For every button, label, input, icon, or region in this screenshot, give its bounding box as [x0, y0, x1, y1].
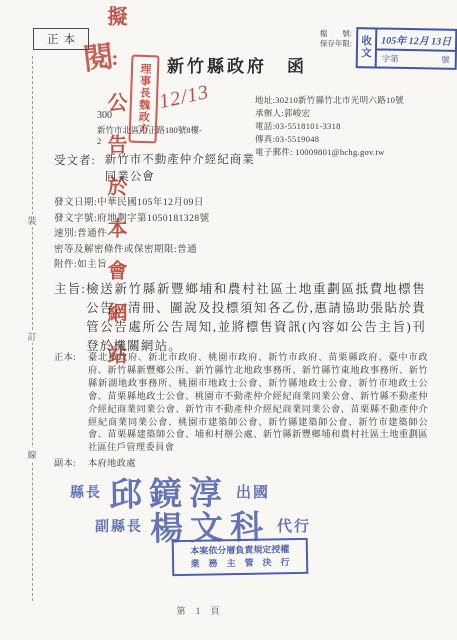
- document-title: 新竹縣政府 函: [167, 52, 307, 77]
- page-number: 第 1 頁: [110, 604, 290, 617]
- deputy-note: 代行: [277, 515, 311, 536]
- authorization-stamp: 本案依分層負責規定授權 業務主管決行: [172, 538, 309, 576]
- authorization-line2: 業務主管決行: [179, 556, 301, 571]
- document-meta-block: 發文日期:中華民國105年12月09日 發文字號:府地劃字第1050181328…: [54, 196, 210, 274]
- receipt-number-line: 字第 號: [377, 51, 455, 68]
- receipt-number-prefix: 字第: [382, 53, 399, 65]
- magistrate-note: 出國: [236, 481, 270, 502]
- meta-issue-date: 發文日期:中華民國105年12月09日: [54, 196, 210, 212]
- sender-officer: 承辦人:郭峻宏: [255, 107, 404, 120]
- recipient-name: 新竹市不動產仲介經紀商業 同業公會: [105, 152, 255, 186]
- sender-address: 地址:30210新竹縣竹北市光明六路10號: [255, 94, 404, 107]
- handwritten-date: 12/13: [157, 81, 211, 114]
- receipt-stamp-side-label: 收文: [358, 29, 378, 66]
- subject-label: 主旨:: [54, 280, 86, 356]
- file-no-label: 檔 號:: [296, 29, 352, 39]
- sender-phone: 電話:03-5518101-3318: [255, 120, 404, 133]
- magistrate-title: 縣長: [70, 482, 102, 502]
- deputy-title: 副縣長: [95, 516, 143, 536]
- recipient-postal-code: 300: [97, 110, 112, 121]
- file-labels: 檔 號: 保存年限:: [296, 29, 352, 49]
- binding-mark-xian: 線: [23, 448, 41, 461]
- sender-info-block: 地址:30210新竹縣竹北市光明六路10號 承辦人:郭峻宏 電話:03-5518…: [255, 94, 404, 159]
- meta-security: 密等及解密條件或保密期限:普通: [54, 243, 210, 259]
- recipient-row: 受文者: 新竹市不動產仲介經紀商業 同業公會: [54, 152, 255, 186]
- subject-text: 檢送新竹縣新豐鄉埔和農村社區土地重劃區抵費地標售公告、清冊、圖說及投標須知各乙份…: [86, 280, 426, 356]
- original-recipients-label: 正本:: [54, 351, 88, 454]
- receipt-stamp: 收文 105年 12月 13日 字第 號: [356, 27, 457, 70]
- sender-fax: 傳真:03-5519048: [255, 133, 404, 146]
- sender-email: 電子郵件: 10009801@hchg.gov.tw: [255, 146, 404, 159]
- recipient-name-line2: 同業公會: [105, 169, 255, 186]
- binding-mark-zhuang: 裝: [23, 214, 41, 227]
- subject-row: 主旨: 檢送新竹縣新豐鄉埔和農村社區土地重劃區抵費地標售公告、清冊、圖說及投標須…: [54, 280, 426, 356]
- receipt-date: 105年 12月 13日: [377, 29, 455, 51]
- original-recipients-list: 臺北市政府、新北市政府、桃園市政府、新竹市政府、苗栗縣政府、臺中市政府、新竹縣新…: [88, 351, 428, 454]
- recipient-label: 受文者:: [54, 152, 96, 186]
- original-recipients-row: 正本: 臺北市政府、新北市政府、桃園市政府、新竹市政府、苗栗縣政府、臺中市政府、…: [54, 351, 428, 454]
- receipt-number-suffix: 號: [441, 54, 450, 66]
- binding-mark-ding: 訂: [23, 330, 41, 343]
- meta-doc-number: 發文字號:府地劃字第1050181328號: [54, 212, 210, 228]
- meta-speed: 速別:普通件: [54, 227, 210, 243]
- official-letter-page: 裝 訂 線 正本 擬:公告於本會網站 閱 理事長魏政方 12/13 新竹縣政府 …: [0, 0, 457, 640]
- retention-label: 保存年限:: [296, 39, 352, 49]
- receipt-stamp-body: 105年 12月 13日 字第 號: [377, 29, 456, 67]
- binding-dashed-line: [32, 56, 33, 601]
- recipient-name-line1: 新竹市不動產仲介經紀商業: [105, 152, 255, 169]
- distribution-block: 正本: 臺北市政府、新北市政府、桃園市政府、新竹市政府、苗栗縣政府、臺中市政府、…: [54, 351, 428, 473]
- recipient-address-line1: 新竹市北區中正路180號8樓-: [97, 124, 202, 136]
- meta-attachment: 附件:如主旨: [54, 258, 210, 274]
- read-mark-stamp: 閱: [80, 31, 115, 78]
- recipient-address-line2: 2: [97, 136, 101, 146]
